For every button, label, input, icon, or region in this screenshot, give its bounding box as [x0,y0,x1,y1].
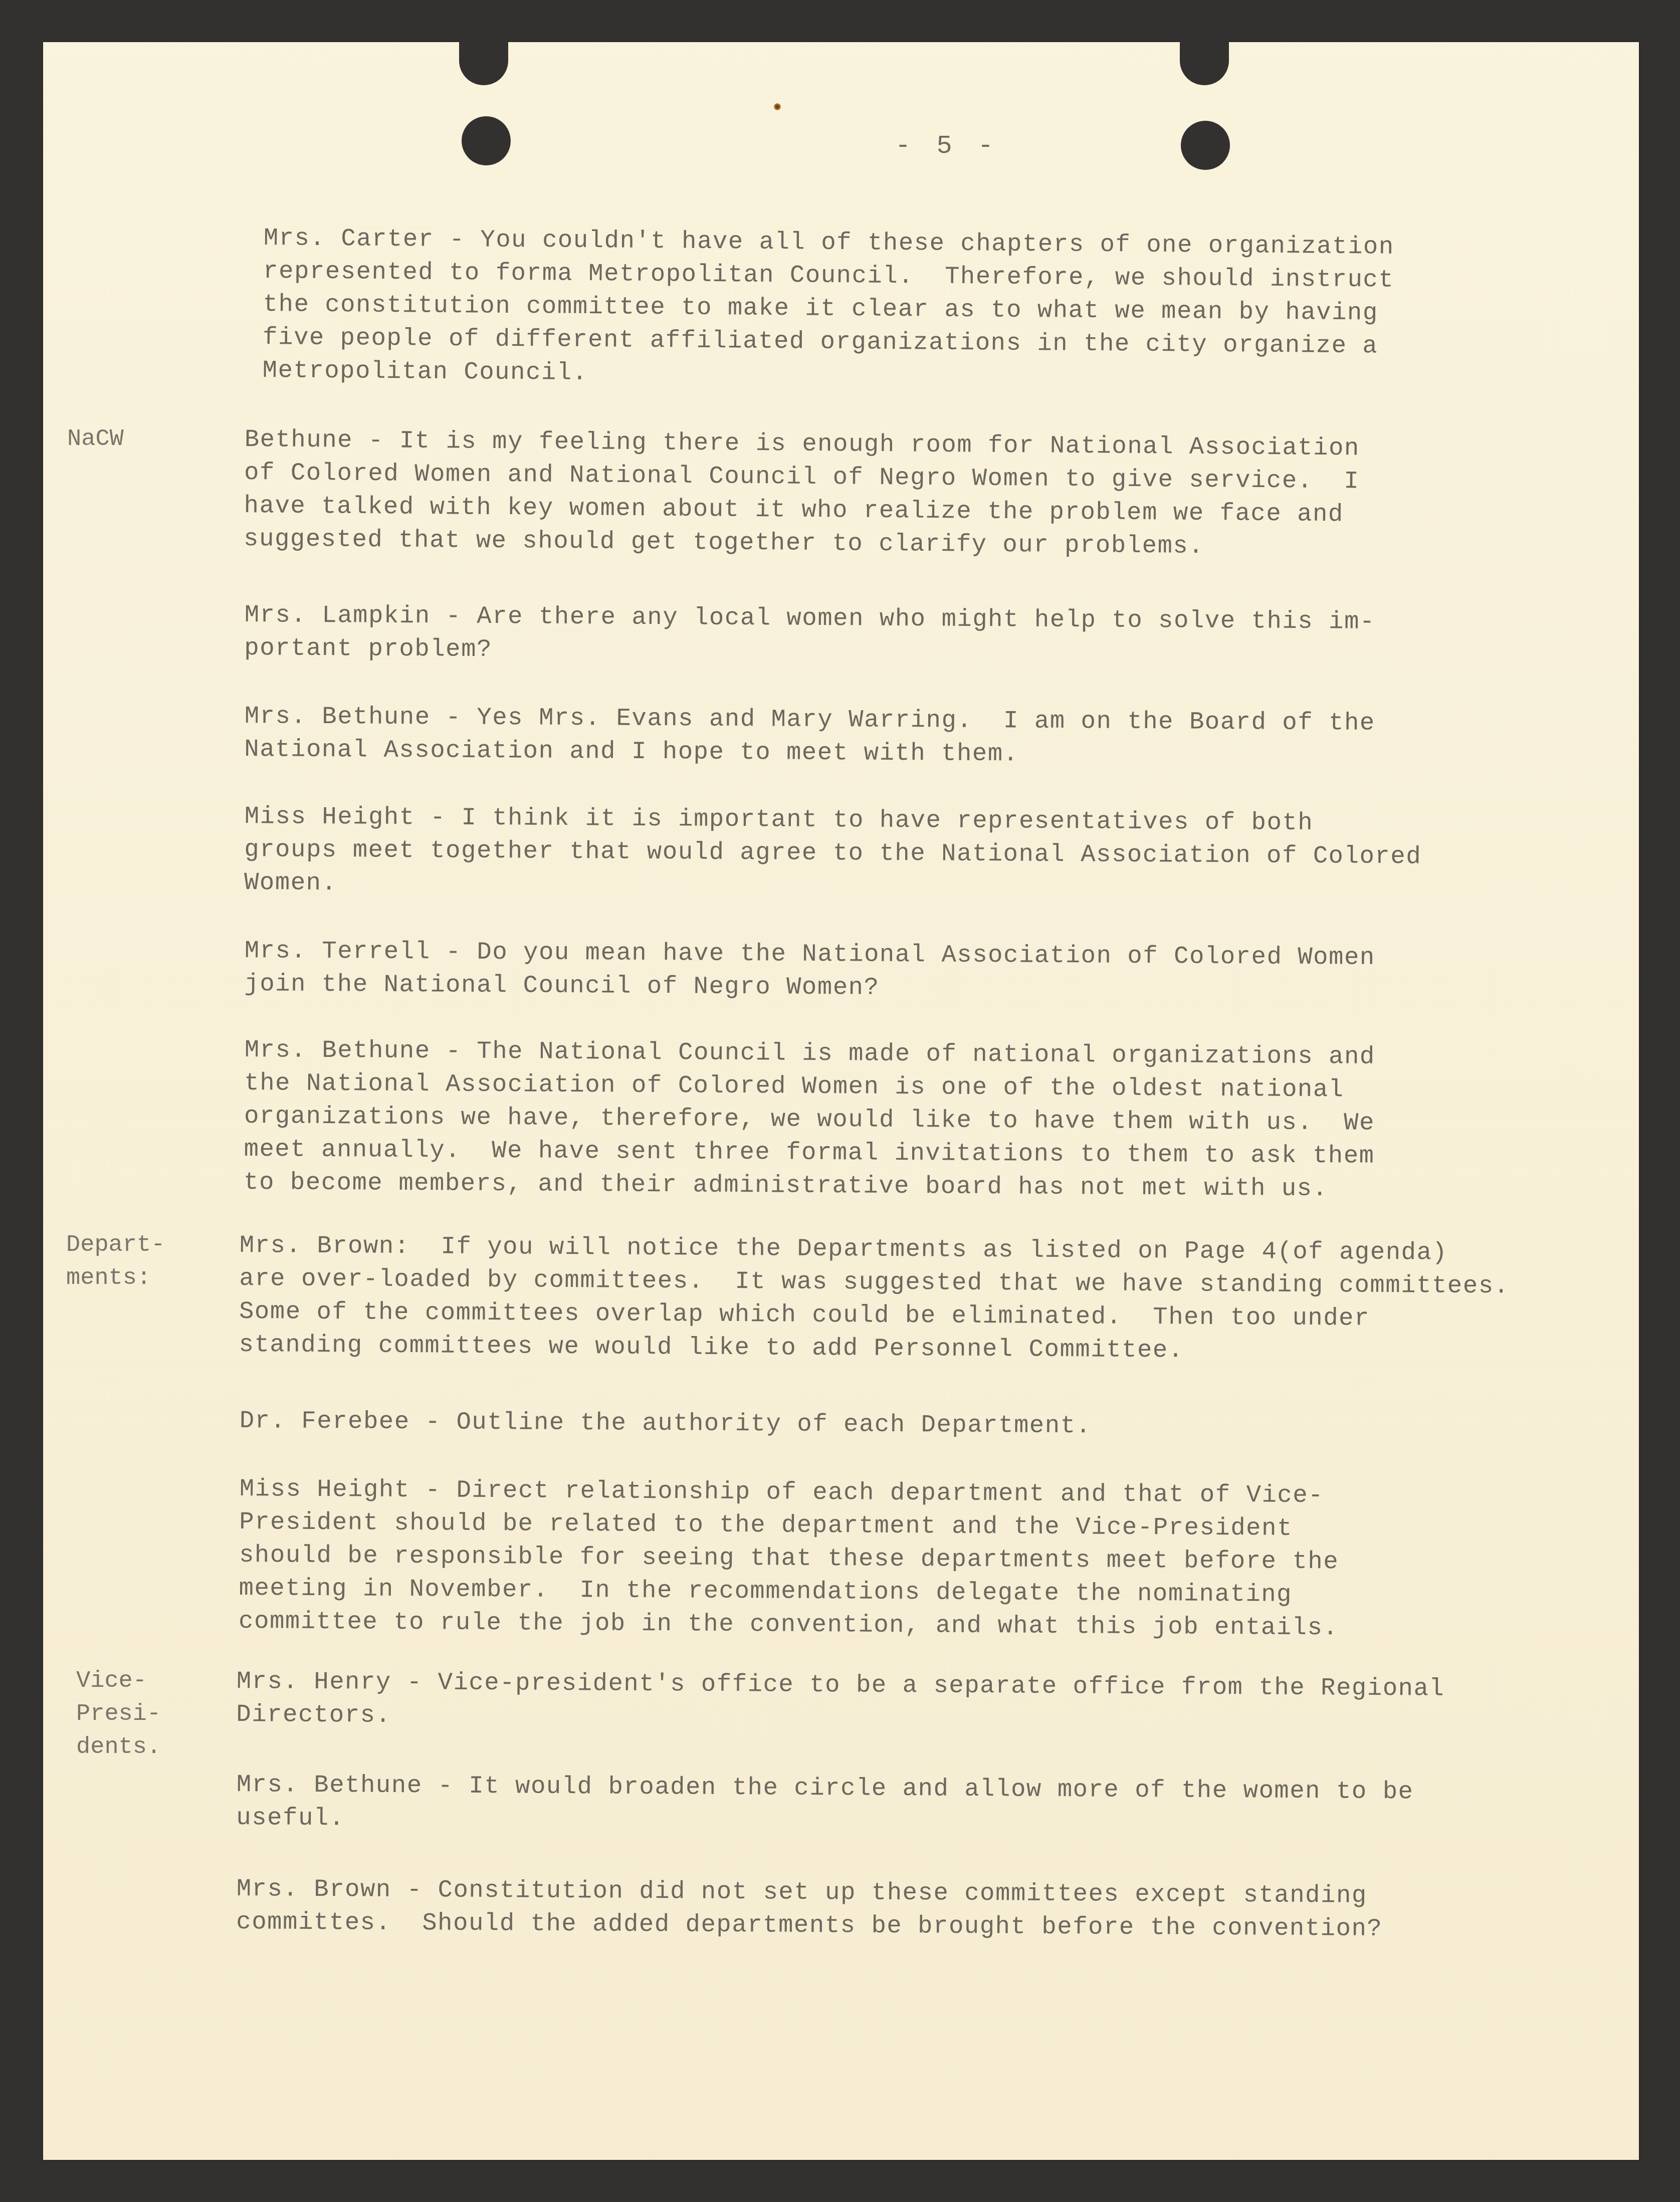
speech-text: Mrs. Brown - Constitution did not set up… [236,1872,1600,1947]
speech-text: Miss Height - I think it is important to… [244,800,1608,908]
speech-text: Mrs. Bethune - The National Council is m… [244,1033,1608,1207]
text-line: Dr. Ferebee - Outline the authority of e… [240,1404,1603,1446]
margin-note-departments: Depart- ments: [66,1229,206,1295]
speech-text: Bethune - It is my feeling there is enou… [244,423,1608,566]
document-body: Mrs. Carter - You couldn't have all of t… [43,42,1639,2160]
speech-text: Miss Height - Direct relationship of eac… [239,1472,1603,1646]
margin-note-nacw: NaCW [67,423,207,456]
speech-text: Mrs. Terrell - Do you mean have the Nati… [244,934,1608,1009]
speech-text: Dr. Ferebee - Outline the authority of e… [240,1404,1603,1446]
speech-text: Mrs. Henry - Vice-president's office to … [236,1665,1600,1739]
speech-text: Mrs. Brown: If you will notice the Depar… [239,1229,1603,1370]
speech-text: Mrs. Carter - You couldn't have all of t… [262,222,1627,397]
speech-text: Mrs. Bethune - It would broaden the circ… [236,1768,1600,1843]
speech-text: Mrs. Bethune - Yes Mrs. Evans and Mary W… [244,700,1608,774]
document-page: - 5 - Mrs. Carter - You couldn't have al… [43,42,1639,2160]
margin-note-vice-presidents: Vice- Presi- dents. [76,1665,217,1764]
speech-text: Mrs. Lampkin - Are there any local women… [244,598,1608,673]
